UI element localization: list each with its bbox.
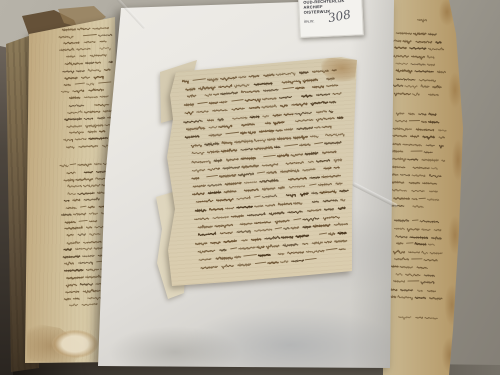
archive-label-wrap: OUD-RECHTERLIJK ARCHIEF OISTERWIJK inv.n…	[298, 0, 362, 38]
water-stain-ring	[52, 330, 98, 358]
archive-photo: OUD-RECHTERLIJK ARCHIEF OISTERWIJK inv.n…	[0, 0, 500, 375]
archive-label: OUD-RECHTERLIJK ARCHIEF OISTERWIJK inv.n…	[298, 0, 364, 38]
label-inventory-number: 308	[327, 7, 352, 25]
